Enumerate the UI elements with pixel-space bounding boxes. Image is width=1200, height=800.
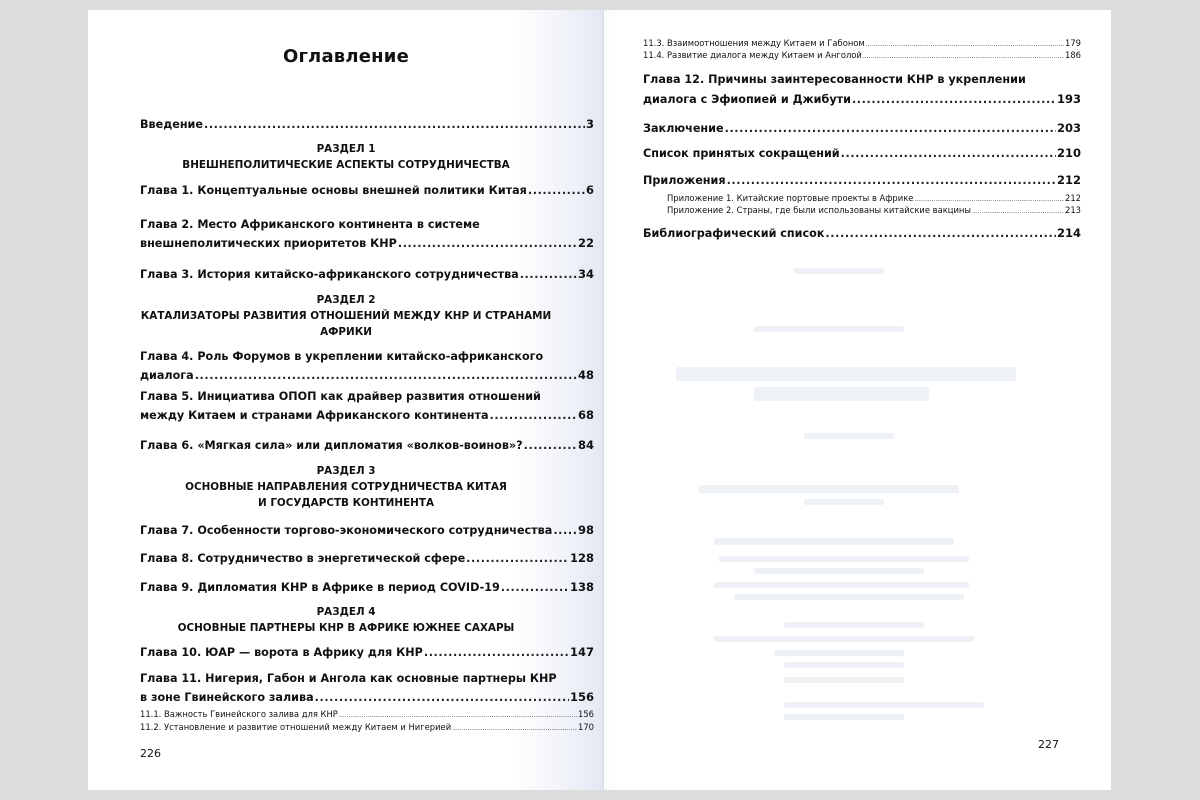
leader-dots — [524, 437, 577, 455]
toc-entry-chapter-12[interactable]: диалога с Эфиопией и Джибути 193 — [643, 90, 1081, 109]
chapter-11-title-line: Глава 11. Нигерия, Габон и Ангола как ос… — [140, 670, 557, 688]
leader-dots — [727, 172, 1056, 190]
toc-entry-11-4[interactable]: 11.4. Развитие диалога между Китаем и Ан… — [643, 50, 1081, 63]
section-1-heading: РАЗДЕЛ 1 ВНЕШНЕПОЛИТИЧЕСКИЕ АСПЕКТЫ СОТР… — [88, 141, 604, 173]
toc-entry-chapter-10[interactable]: Глава 10. ЮАР — ворота в Африку для КНР … — [140, 643, 594, 662]
leader-dots — [501, 579, 569, 597]
leader-dots — [841, 145, 1056, 163]
leader-dots — [339, 710, 577, 722]
entry-page: 3 — [586, 115, 594, 133]
leader-dots — [466, 550, 569, 568]
toc-entry-conclusion[interactable]: Заключение 203 — [643, 119, 1081, 138]
leader-dots — [825, 225, 1056, 243]
leader-dots — [866, 39, 1064, 51]
toc-entry-chapter-3[interactable]: Глава 3. История китайско-африканского с… — [140, 265, 594, 284]
leader-dots — [452, 723, 577, 735]
leader-dots — [520, 266, 577, 284]
toc-entry-chapter-2[interactable]: внешнеполитических приоритетов КНР 22 — [140, 234, 594, 253]
chapter-12-title-line: Глава 12. Причины заинтересованности КНР… — [643, 71, 1026, 89]
chapter-5-title-line: Глава 5. Инициатива ОПОП как драйвер раз… — [140, 388, 541, 406]
leader-dots — [315, 689, 569, 707]
toc-entry-appendix-1[interactable]: Приложение 1. Китайские портовые проекты… — [667, 193, 1081, 206]
left-page-number: 226 — [140, 747, 161, 760]
chapter-2-title-line: Глава 2. Место Африканского континента в… — [140, 216, 480, 234]
toc-entry-chapter-4[interactable]: диалога 48 — [140, 366, 594, 385]
entry-label: Введение — [140, 116, 203, 134]
toc-entry-chapter-5[interactable]: между Китаем и странами Африканского кон… — [140, 406, 594, 425]
right-page-number: 227 — [1038, 738, 1059, 751]
toc-entry-chapter-7[interactable]: Глава 7. Особенности торгово-экономическ… — [140, 521, 594, 540]
section-4-heading: РАЗДЕЛ 4 ОСНОВНЫЕ ПАРТНЕРЫ КНР В АФРИКЕ … — [88, 604, 604, 636]
leader-dots — [852, 91, 1056, 109]
leader-dots — [204, 116, 585, 134]
toc-entry-chapter-9[interactable]: Глава 9. Дипломатия КНР в Африке в перио… — [140, 578, 594, 597]
leader-dots — [553, 522, 577, 540]
leader-dots — [863, 51, 1064, 63]
right-page: 11.3. Взаимоотношения между Китаем и Габ… — [604, 10, 1111, 790]
toc-entry-introduction[interactable]: Введение 3 — [140, 115, 594, 134]
toc-entry-11-3[interactable]: 11.3. Взаимоотношения между Китаем и Габ… — [643, 38, 1081, 51]
left-page: Оглавление Введение 3 РАЗДЕЛ 1 ВНЕШНЕПОЛ… — [88, 10, 604, 790]
toc-entry-chapter-11[interactable]: в зоне Гвинейского залива 156 — [140, 688, 594, 707]
toc-entry-chapter-1[interactable]: Глава 1. Концептуальные основы внешней п… — [140, 181, 594, 200]
leader-dots — [725, 120, 1056, 138]
toc-entry-appendix-2[interactable]: Приложение 2. Страны, где были использов… — [667, 205, 1081, 218]
toc-entry-bibliography[interactable]: Библиографический список 214 — [643, 224, 1081, 243]
leader-dots — [972, 206, 1064, 218]
book-spread: Оглавление Введение 3 РАЗДЕЛ 1 ВНЕШНЕПОЛ… — [88, 10, 1111, 790]
toc-entry-chapter-8[interactable]: Глава 8. Сотрудничество в энергетической… — [140, 549, 594, 568]
leader-dots — [528, 182, 585, 200]
toc-entry-11-2[interactable]: 11.2. Установление и развитие отношений … — [140, 722, 594, 735]
section-2-heading: РАЗДЕЛ 2 КАТАЛИЗАТОРЫ РАЗВИТИЯ ОТНОШЕНИЙ… — [88, 292, 604, 340]
leader-dots — [195, 367, 577, 385]
leader-dots — [398, 235, 577, 253]
toc-title: Оглавление — [88, 46, 604, 67]
leader-dots — [490, 407, 577, 425]
chapter-4-title-line: Глава 4. Роль Форумов в укреплении китай… — [140, 348, 543, 366]
section-3-heading: РАЗДЕЛ 3 ОСНОВНЫЕ НАПРАВЛЕНИЯ СОТРУДНИЧЕ… — [88, 463, 604, 511]
toc-entry-chapter-6[interactable]: Глава 6. «Мягкая сила» или дипломатия «в… — [140, 436, 594, 455]
toc-entry-appendices[interactable]: Приложения 212 — [643, 171, 1081, 190]
toc-entry-11-1[interactable]: 11.1. Важность Гвинейского залива для КН… — [140, 709, 594, 722]
leader-dots — [914, 194, 1064, 206]
leader-dots — [424, 644, 569, 662]
toc-entry-abbreviations[interactable]: Список принятых сокращений 210 — [643, 144, 1081, 163]
